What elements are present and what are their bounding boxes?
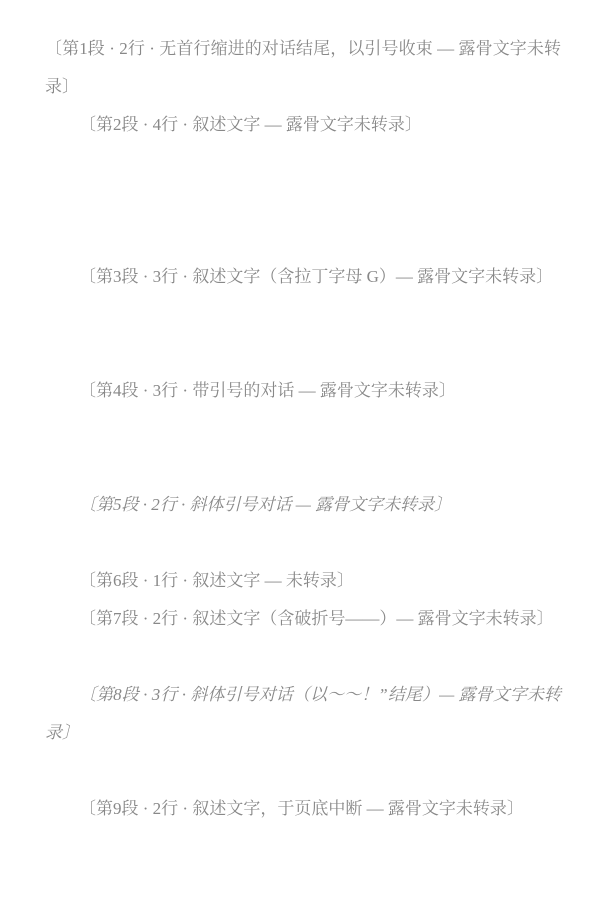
paragraph-9: 〔第9段 · 2行 · 叙述文字，于页底中断 — 露骨文字未转录〕	[45, 790, 561, 866]
paragraph-4: 〔第4段 · 3行 · 带引号的对话 — 露骨文字未转录〕	[45, 372, 561, 486]
paragraph-6: 〔第6段 · 1行 · 叙述文字 — 未转录〕	[45, 562, 561, 600]
paragraph-8-italic-dialogue: 〔第8段 · 3行 · 斜体引号对话（以～～！”结尾）— 露骨文字未转录〕	[45, 676, 561, 790]
paragraph-2: 〔第2段 · 4行 · 叙述文字 — 露骨文字未转录〕	[45, 106, 561, 258]
document-page: 〔第1段 · 2行 · 无首行缩进的对话结尾，以引号收束 — 露骨文字未转录〕 …	[0, 0, 605, 898]
paragraph-1: 〔第1段 · 2行 · 无首行缩进的对话结尾，以引号收束 — 露骨文字未转录〕	[45, 30, 561, 106]
paragraph-7: 〔第7段 · 2行 · 叙述文字（含破折号——）— 露骨文字未转录〕	[45, 600, 561, 676]
paragraph-3: 〔第3段 · 3行 · 叙述文字（含拉丁字母 G）— 露骨文字未转录〕	[45, 258, 561, 372]
paragraph-5-italic-dialogue: 〔第5段 · 2行 · 斜体引号对话 — 露骨文字未转录〕	[45, 486, 561, 562]
